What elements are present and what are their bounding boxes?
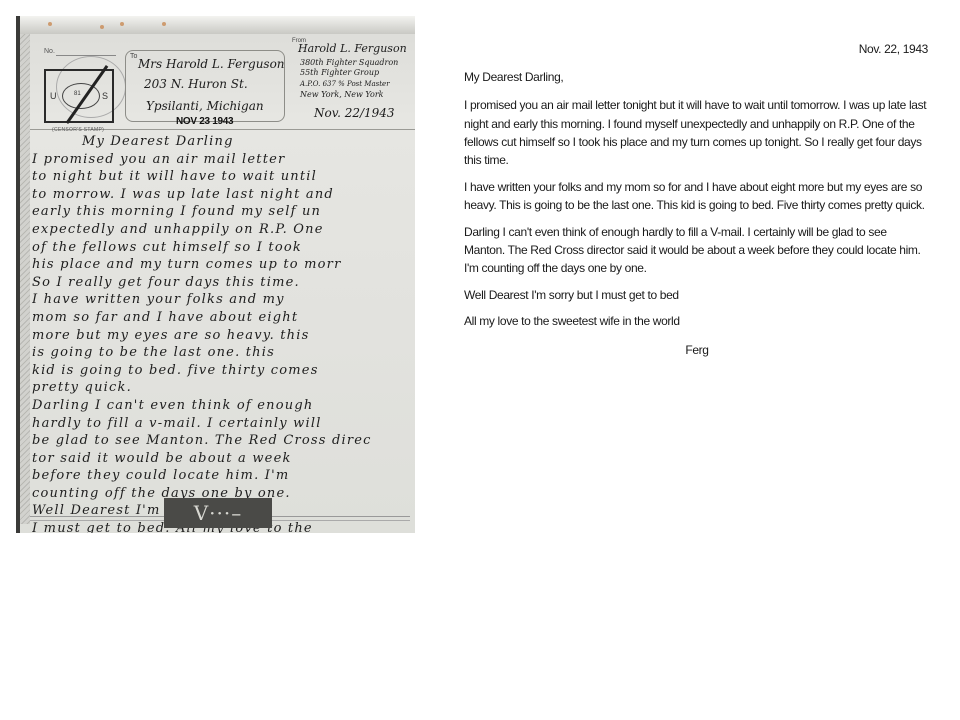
censor-stamp-label: (CENSOR'S STAMP) [52,127,104,133]
sender-city: New York, New York [300,90,383,99]
handwritten-letter-body: My Dearest Darling I promised you an air… [32,134,412,533]
postmark-date: NOV 23 1943 [176,116,233,127]
handwritten-line: more but my eyes are so heavy. this [32,328,412,346]
sender-address-block: From Harold L. Ferguson 380th Fighter Sq… [292,38,415,124]
scan-margin-hatch [20,34,30,524]
handwritten-line: kid is going to bed. five thirty comes [32,363,412,381]
stain-mark [100,25,104,29]
recipient-street: 203 N. Huron St. [144,77,248,91]
handwritten-line: Darling I can't even think of enough [32,398,412,416]
scan-top-edge [16,16,415,34]
censor-stamp: U 81 S [44,69,114,123]
letter-date: Nov. 22, 1943 [464,40,930,58]
stain-mark [162,22,166,26]
to-label: To [130,53,137,60]
handwritten-line: mom so far and I have about eight [32,310,412,328]
letter-salutation: My Dearest Darling, [464,68,930,86]
handwritten-line: I promised you an air mail letter [32,152,412,170]
letter-closing-love: All my love to the sweetest wife in the … [464,312,930,330]
handwritten-line: So I really get four days this time. [32,275,412,293]
stain-mark [120,22,124,26]
censor-stamp-right-letter: S [102,91,108,101]
handwritten-line: tor said it would be about a week [32,451,412,469]
handwritten-line: to morrow. I was up late last night and [32,187,412,205]
vmail-letter-scan: No. U 81 S (CENSOR'S STAMP) To Mrs Harol… [16,16,415,533]
sender-name: Harold L. Ferguson [298,42,407,55]
recipient-address-box: To Mrs Harold L. Ferguson 203 N. Huron S… [125,50,285,122]
letter-paragraph: Darling I can't even think of enough har… [464,223,930,278]
number-label: No. [44,48,55,55]
handwritten-line: is going to be the last one. this [32,345,412,363]
sender-date: Nov. 22/1943 [314,106,395,120]
recipient-name: Mrs Harold L. Ferguson [138,57,285,71]
handwritten-line: I have written your folks and my [32,292,412,310]
letter-paragraph: I have written your folks and my mom so … [464,178,930,214]
handwritten-line: to night but it will have to wait until [32,169,412,187]
sender-apo: A.P.O. 637 % Post Master [300,80,390,88]
handwritten-line: of the fellows cut himself so I took [32,240,412,258]
handwritten-line: before they could locate him. I'm [32,468,412,486]
vmail-logo-badge: V···–MAIL [164,498,272,528]
recipient-city: Ypsilanti, Michigan [146,99,264,113]
stain-mark [48,22,52,26]
handwritten-line: pretty quick. [32,380,412,398]
handwritten-line: be glad to see Manton. The Red Cross dir… [32,433,412,451]
letter-transcription: Nov. 22, 1943 My Dearest Darling, I prom… [464,40,930,359]
sender-unit: 380th Fighter Squadron [300,58,398,67]
letter-signature: Ferg [464,341,930,359]
handwritten-line: hardly to fill a v-mail. I certainly wil… [32,416,412,434]
handwritten-line: expectedly and unhappily on R.P. One [32,222,412,240]
handwritten-line: his place and my turn comes up to morr [32,257,412,275]
censor-stamp-number: 81 [74,91,81,97]
sender-group: 55th Fighter Group [300,68,379,77]
letter-paragraph: I promised you an air mail letter tonigh… [464,96,930,169]
handwritten-line: My Dearest Darling [32,134,412,152]
letter-closing-line: Well Dearest I'm sorry but I must get to… [464,286,930,304]
handwritten-line: early this morning I found my self un [32,204,412,222]
censor-stamp-left-letter: U [50,91,57,101]
